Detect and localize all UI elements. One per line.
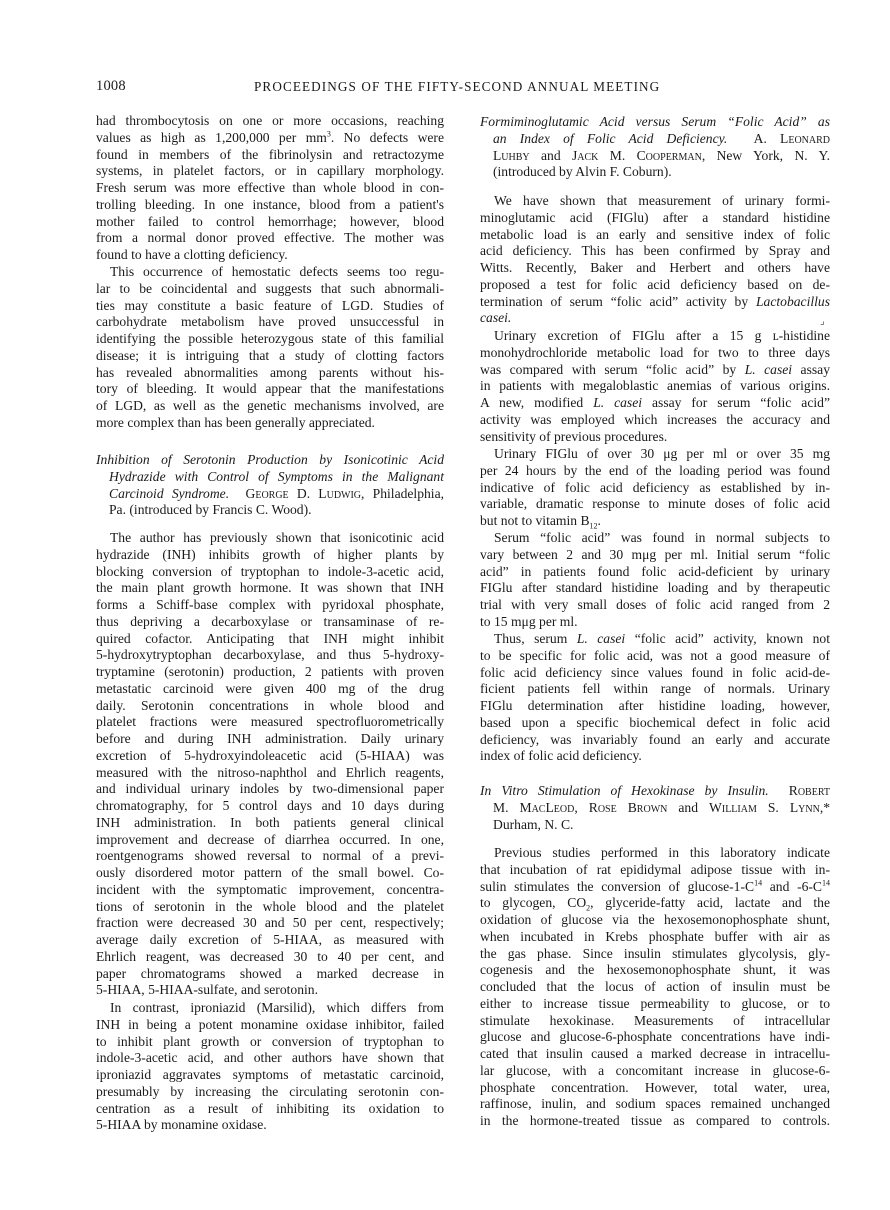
species-name: Lactobacillus (756, 294, 830, 309)
page-header: 1008 PROCEEDINGS OF THE FIFTY-SECOND ANN… (96, 78, 674, 98)
article-title: In Vitro Stimulation of Hexokinase by In… (480, 783, 769, 798)
text-line: INH administration. In both patients gen… (96, 815, 444, 832)
article-1-paragraph-2: Urinary excretion of FIGlu after a 15 g … (480, 328, 830, 445)
text-line: Ehrlich reagent, was decreased 30 to 40 … (96, 949, 444, 966)
text-line: roentgenograms showed reversal to normal… (96, 848, 444, 865)
text-line: measured with the nitroso-naphthol and E… (96, 765, 444, 782)
article-byline: M. MacLeod, Rose Brown and William S. Ly… (480, 800, 830, 817)
article-byline: Luhby and Jack M. Cooperman, New York, N… (480, 148, 830, 165)
text-line: metabolic load is an early and sensitive… (480, 227, 830, 244)
text-span: assay for serum “folic acid” (642, 395, 830, 410)
text-line: ously disordered motor pattern of the sm… (96, 865, 444, 882)
text-line: fraction were decreased 30 and 50 per ce… (96, 915, 444, 932)
text-line: concluded that the locus of action of in… (480, 979, 830, 996)
text-line: deficiency, was invariably found an earl… (480, 732, 830, 749)
text-span: . (598, 513, 601, 528)
text-span: , glyceride-fatty acid, lactate and the (590, 895, 830, 910)
article-title-hexokinase: In Vitro Stimulation of Hexokinase by In… (480, 783, 830, 833)
text-line: per 24 hours by the end of the loading p… (480, 463, 830, 480)
article-title-line: Hydrazide with Control of Symptoms in th… (96, 469, 444, 486)
text-span: was compared with serum “folic acid” by (480, 362, 745, 377)
article-title-serotonin: Inhibition of Serotonin Production by Is… (96, 452, 444, 519)
text-line: cated that insulin caused a marked decre… (480, 1046, 830, 1063)
text-line: but not to vitamin B12. (480, 513, 830, 530)
text-line: cogenesis and the hexosemonophosphate sh… (480, 962, 830, 979)
footnote-mark: ,* (820, 800, 830, 815)
article-byline: Carcinoid Syndrome. George D. Ludwig, Ph… (96, 486, 444, 503)
text-line: mother failed to control hemorrhage; how… (96, 214, 444, 231)
text-span: A new, modified (480, 395, 593, 410)
text-line: index of folic acid deficiency. (480, 748, 830, 765)
text-line: We have shown that measurement of urinar… (480, 193, 830, 210)
article-title-line: Formiminoglutamic Acid versus Serum “Fol… (480, 114, 830, 131)
article-title-folic-acid: Formiminoglutamic Acid versus Serum “Fol… (480, 114, 830, 181)
text-line: INH in being a potent monamine oxidase i… (96, 1017, 444, 1034)
article-2-paragraph-1: Previous studies performed in this labor… (480, 845, 830, 1130)
text-line: acid” in patients found folic acid-defic… (480, 564, 830, 581)
text-span: , (574, 800, 588, 815)
text-line: that incubation of rat epididymal adipos… (480, 862, 830, 879)
species-name: L. casei (745, 362, 792, 377)
text-line: Thus, serum L. casei “folic acid” activi… (480, 631, 830, 648)
affiliation: , Philadelphia, (361, 486, 444, 501)
article-title-line: Inhibition of Serotonin Production by Is… (96, 452, 444, 469)
author-name: Robert (789, 783, 830, 798)
article-1-paragraph-3: Urinary FIGlu of over 30 μg per ml or ov… (480, 446, 830, 530)
text-line: identifying the possible heterozygous st… (96, 331, 444, 348)
article-title-end: Carcinoid Syndrome. (109, 486, 229, 501)
author-name: Luhby (493, 148, 530, 163)
species-name: L. casei (577, 631, 625, 646)
text-span: termination of serum “folic acid” activi… (480, 294, 756, 309)
superscript: 14 (822, 878, 830, 887)
text-line: and individual urinary indoles by two-di… (96, 781, 444, 798)
running-head: PROCEEDINGS OF THE FIFTY-SECOND ANNUAL M… (254, 79, 660, 95)
text-span: to glycogen, CO (480, 895, 586, 910)
margin-mark: ⌟ (820, 316, 825, 327)
text-line: to 15 mμg per ml. (480, 614, 830, 631)
article-byline: an Index of Folic Acid Deficiency. A. Le… (480, 131, 830, 148)
text-span: and -6-C (762, 879, 822, 894)
text-line: to glycogen, CO2, glyceride-fatty acid, … (480, 895, 830, 912)
text-line: the main plant growth hormone. It was sh… (96, 580, 444, 597)
text-line: either to increase tissue permeability t… (480, 996, 830, 1013)
author-name: William S. Lynn (709, 800, 820, 815)
text-line: before and during INH administration. Da… (96, 731, 444, 748)
text-line: the gas phase. Since insulin stimulates … (480, 946, 830, 963)
text-line: ficient patients fell within range of no… (480, 681, 830, 698)
species-name: L. casei (593, 395, 642, 410)
text-span: Thus, serum (494, 631, 577, 646)
author-name: M. MacLeod (493, 800, 574, 815)
text-line: more complex than has been generally app… (96, 415, 444, 432)
text-line: Fresh serum was more effective than whol… (96, 180, 444, 197)
text-line: tryptamine (serotonin) production, 2 pat… (96, 664, 444, 681)
text-line: presumably by increasing the circulating… (96, 1084, 444, 1101)
text-span: sulin stimulates the conversion of gluco… (480, 879, 754, 894)
text-line: paper chromatograms showed a marked decr… (96, 966, 444, 983)
text-line: values as high as 1,200,000 per mm3. No … (96, 130, 444, 147)
author-name: Rose Brown (589, 800, 668, 815)
text-line: Urinary FIGlu of over 30 μg per ml or ov… (480, 446, 830, 463)
text-line: 5-HIAA, 5-HIAA-sulfate, and serotonin. (96, 982, 444, 999)
text-line: Previous studies performed in this labor… (480, 845, 830, 862)
text-line: carbohydrate metabolism have proved unsu… (96, 314, 444, 331)
text-span: assay (792, 362, 830, 377)
text-line: blocking conversion of tryptophan to ind… (96, 564, 444, 581)
text-line: quired cofactor. Anticipating that INH m… (96, 631, 444, 648)
text-line: was compared with serum “folic acid” by … (480, 362, 830, 379)
text-line: The author has previously shown that iso… (96, 530, 444, 547)
text-span: and (530, 148, 572, 163)
text-line: indicative of folic acid deficiency as e… (480, 480, 830, 497)
text-line: sulin stimulates the conversion of gluco… (480, 879, 830, 896)
article-1-paragraph-5: Thus, serum L. casei “folic acid” activi… (480, 631, 830, 765)
text-line: iproniazid aggravates symptoms of metast… (96, 1067, 444, 1084)
text-line: vary between 2 and 30 mμg per ml. Initia… (480, 547, 830, 564)
text-line: systems, in platelet factors, or in capi… (96, 163, 444, 180)
text-line: stimulate hexokinase. Measurements of in… (480, 1013, 830, 1030)
text-line: Urinary excretion of FIGlu after a 15 g … (480, 328, 830, 345)
text-line: to be specific for folic acid, was not a… (480, 648, 830, 665)
text-line: had thrombocytosis on one or more occasi… (96, 113, 444, 130)
continuation-paragraph-1: had thrombocytosis on one or more occasi… (96, 113, 444, 264)
text-line: termination of serum “folic acid” activi… (480, 294, 830, 311)
text-line: 5-HIAA by monamine oxidase. (96, 1117, 444, 1134)
text-line: A new, modified L. casei assay for serum… (480, 395, 830, 412)
text-line: activity was employed which increases th… (480, 412, 830, 429)
text-span: values as high as 1,200,000 per mm (96, 130, 327, 145)
author-name: George D. Ludwig (246, 486, 362, 501)
text-line: excretion of 5-hydroxyindoleacetic acid … (96, 748, 444, 765)
text-line: proposed a test for folic acid deficienc… (480, 277, 830, 294)
text-line: average daily excretion of 5-HIAA, as me… (96, 932, 444, 949)
text-span: but not to vitamin B (480, 513, 590, 528)
article-body-paragraph-1: The author has previously shown that iso… (96, 530, 444, 999)
author-name: Jack M. Cooperman (572, 148, 702, 163)
text-line: minoglutamic acid (FIGlu) after a standa… (480, 210, 830, 227)
text-line: Witts. Recently, Baker and Herbert and o… (480, 260, 830, 277)
text-line: glucose and glucose-6-phosphate concentr… (480, 1029, 830, 1046)
text-line: FIGlu after standard histidine loading a… (480, 580, 830, 597)
text-line: folic acid deficiency since values found… (480, 665, 830, 682)
text-line: trolling bleeding. In one instance, bloo… (96, 197, 444, 214)
text-line: forms a Schiff-base complex with pyridox… (96, 597, 444, 614)
text-line: incident with the symptomatic improvemen… (96, 882, 444, 899)
text-line: This occurrence of hemostatic defects se… (96, 264, 444, 281)
text-line: phosphate concentration. However, total … (480, 1080, 830, 1097)
text-line: Serum “folic acid” was found in normal s… (480, 530, 830, 547)
species-name: casei. (480, 310, 830, 327)
introduced-by: (introduced by Alvin F. Coburn). (480, 164, 830, 181)
text-span: . No defects were (331, 130, 444, 145)
text-line: In contrast, iproniazid (Marsilid), whic… (96, 1000, 444, 1017)
text-line: when incubated in Krebs phosphate buffer… (480, 929, 830, 946)
text-line: disease; it is intriguing that a study o… (96, 348, 444, 365)
text-line: variable, dramatic response to minute do… (480, 496, 830, 513)
location: Durham, N. C. (480, 817, 830, 834)
article-byline: In Vitro Stimulation of Hexokinase by In… (480, 783, 830, 800)
text-line: thus depriving a decarboxylase or transa… (96, 614, 444, 631)
text-line: in the hormone-treated tissue as compare… (480, 1113, 830, 1130)
text-line: daily. Serotonin concentrations in whole… (96, 698, 444, 715)
affiliation-line: Pa. (introduced by Francis C. Wood). (96, 502, 444, 519)
text-line: oxidation of glucose via the hexosemonop… (480, 912, 830, 929)
text-line: centration as a result of inhibiting its… (96, 1101, 444, 1118)
text-line: platelet fractions were measured spectro… (96, 714, 444, 731)
text-line: in patients with megaloblastic anemias o… (480, 378, 830, 395)
continuation-paragraph-2: This occurrence of hemostatic defects se… (96, 264, 444, 432)
text-line: indole-3-acetic acid, and other authors … (96, 1050, 444, 1067)
text-line: acid deficiency. This has been confirmed… (480, 243, 830, 260)
text-line: of LGD, as well as the genetic mechanism… (96, 398, 444, 415)
text-line: ties may constitute a basic feature of L… (96, 298, 444, 315)
article-1-paragraph-1: We have shown that measurement of urinar… (480, 193, 830, 327)
text-line: lar to be coincidental and suggests that… (96, 281, 444, 298)
article-body-paragraph-2: In contrast, iproniazid (Marsilid), whic… (96, 1000, 444, 1134)
text-line: lar glucose, with a concomitant increase… (480, 1063, 830, 1080)
text-line: sensitivity of previous procedures. (480, 429, 830, 446)
text-line: tory of bleeding. It would appear that t… (96, 381, 444, 398)
text-line: to inhibit plant growth or conversion of… (96, 1034, 444, 1051)
text-span: “folic acid” activity, known not (625, 631, 830, 646)
text-line: improvement and decrease of diarrhea occ… (96, 832, 444, 849)
text-line: 5-hydroxytryptophan decarboxylase, and t… (96, 647, 444, 664)
text-line: chromatography, for 5 control days and 1… (96, 798, 444, 815)
text-line: from a normal donor proved effective. Th… (96, 230, 444, 247)
text-line: raffinose, inulin, and sodium spaces rem… (480, 1096, 830, 1113)
text-line: has revealed abnormalities among parents… (96, 365, 444, 382)
text-line: found in members of the fibrinolysin and… (96, 147, 444, 164)
location: , New York, N. Y. (702, 148, 830, 163)
text-line: trial with very small doses of folic aci… (480, 597, 830, 614)
text-span: and (667, 800, 709, 815)
text-line: found to have a clotting deficiency. (96, 247, 444, 264)
article-1-paragraph-4: Serum “folic acid” was found in normal s… (480, 530, 830, 631)
text-line: metastatic carcinoid were given 400 mg o… (96, 681, 444, 698)
text-line: based upon a specific biochemical defect… (480, 715, 830, 732)
page-number: 1008 (96, 78, 126, 95)
article-title-end: an Index of Folic Acid Deficiency. (493, 131, 727, 146)
text-line: hydrazide (INH) inhibits growth of highe… (96, 547, 444, 564)
text-line: monohydrochloride metabolic load for two… (480, 345, 830, 362)
text-line: tions of serotonin in the whole blood an… (96, 899, 444, 916)
author-name: A. Leonard (754, 131, 830, 146)
superscript: 14 (754, 878, 762, 887)
text-line: FIGlu determination after histidine load… (480, 698, 830, 715)
